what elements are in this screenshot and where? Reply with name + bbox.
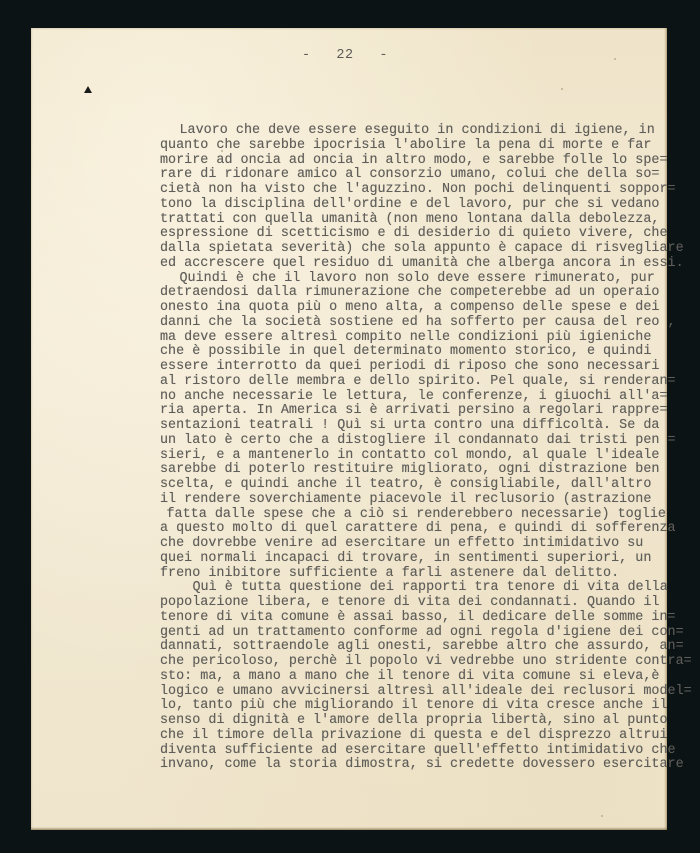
- paper-edge-bottom: [31, 827, 667, 830]
- paper-speck: [614, 58, 616, 60]
- text-line: sieri, e a mantenerlo in contatto col mo…: [160, 449, 660, 464]
- text-line: ed accrescere quel residuo di umanità ch…: [160, 257, 660, 272]
- body-text: Lavoro che deve essere eseguito in condi…: [160, 124, 660, 773]
- text-line: dannati, sottraendole agli onesti, sareb…: [160, 640, 660, 655]
- text-line: quanto che sarebbe ipocrisia l'abolire l…: [160, 139, 660, 154]
- text-line: rare di ridonare amico al consorzio uman…: [160, 168, 660, 183]
- text-line: espressione di scetticismo e di desideri…: [160, 227, 660, 242]
- paper-speck: [601, 815, 603, 817]
- text-line: cietà non ha visto che l'aguzzino. Non p…: [160, 183, 660, 198]
- text-line: senso di dignità e l'amore della propria…: [160, 714, 660, 729]
- text-line: scelta, e quindi anche il teatro, è cons…: [160, 478, 660, 493]
- triangle-mark-icon: [84, 86, 92, 93]
- text-line: Lavoro che deve essere eseguito in condi…: [160, 124, 660, 139]
- text-line: dalla spietata severità) che sola appunt…: [160, 242, 660, 257]
- text-line: Quindi è che il lavoro non solo deve ess…: [160, 272, 660, 287]
- text-line: che il timore della privazione di questa…: [160, 729, 660, 744]
- text-line: che dovrebbe venire ad esercitare un eff…: [160, 537, 660, 552]
- text-line: quei normali incapaci di trovare, in sen…: [160, 552, 660, 567]
- text-line: morire ad oncia ad oncia in altro modo, …: [160, 154, 660, 169]
- text-line: logico e umano avvicinersi altresì all'i…: [160, 685, 660, 700]
- text-line: genti ad un trattamento conforme ad ogni…: [160, 626, 660, 641]
- paper-speck: [561, 88, 563, 90]
- text-line: ma deve essere altresì compito nelle con…: [160, 331, 660, 346]
- text-line: invano, come la storia dimostra, si cred…: [160, 758, 660, 773]
- text-line: freno inibitore sufficiente a farli aste…: [160, 567, 660, 582]
- text-line: tono la disciplina dell'ordine e del lav…: [160, 198, 660, 213]
- text-line: ria aperta. In America si è arrivati per…: [160, 404, 660, 419]
- text-line: lo, tanto più che migliorando il tenore …: [160, 699, 660, 714]
- text-line: sentazioni teatrali ! Quì si urta contro…: [160, 419, 660, 434]
- text-line: popolazione libera, e tenore di vita dei…: [160, 596, 660, 611]
- text-line: Quì è tutta questione dei rapporti tra t…: [160, 581, 660, 596]
- text-line: fatta dalle spese che a ciò si renderebb…: [160, 508, 660, 523]
- text-line: no anche necessarie le lettura, le confe…: [160, 390, 660, 405]
- text-line: che è possibile in quel determinato mome…: [160, 345, 660, 360]
- text-line: danni che la società sostiene ed ha soff…: [160, 316, 660, 331]
- text-line: a questo molto di quel carattere di pena…: [160, 522, 660, 537]
- text-line: trattati con quella umanità (non meno lo…: [160, 213, 660, 228]
- text-line: tenore di vita comune è assai basso, il …: [160, 611, 660, 626]
- text-line: sto: ma, a mano a mano che il tenore di …: [160, 670, 660, 685]
- text-line: onesto ina quota più o meno alta, a comp…: [160, 301, 660, 316]
- text-line: diventa sufficiente ad esercitare quell'…: [160, 744, 660, 759]
- text-line: che pericoloso, perchè il popolo vi vedr…: [160, 655, 660, 670]
- text-line: sarebbe di poterlo restituire migliorato…: [160, 463, 660, 478]
- text-line: il rendere soverchiamente piacevole il r…: [160, 493, 660, 508]
- page-number: - 22 -: [302, 48, 388, 63]
- text-line: al ristoro delle membra e dello spirito.…: [160, 375, 660, 390]
- text-line: un lato è certo che a distogliere il con…: [160, 434, 660, 449]
- text-line: detraendosi dalla rimunerazione che comp…: [160, 286, 660, 301]
- text-line: essere interrotto da quei periodi di rip…: [160, 360, 660, 375]
